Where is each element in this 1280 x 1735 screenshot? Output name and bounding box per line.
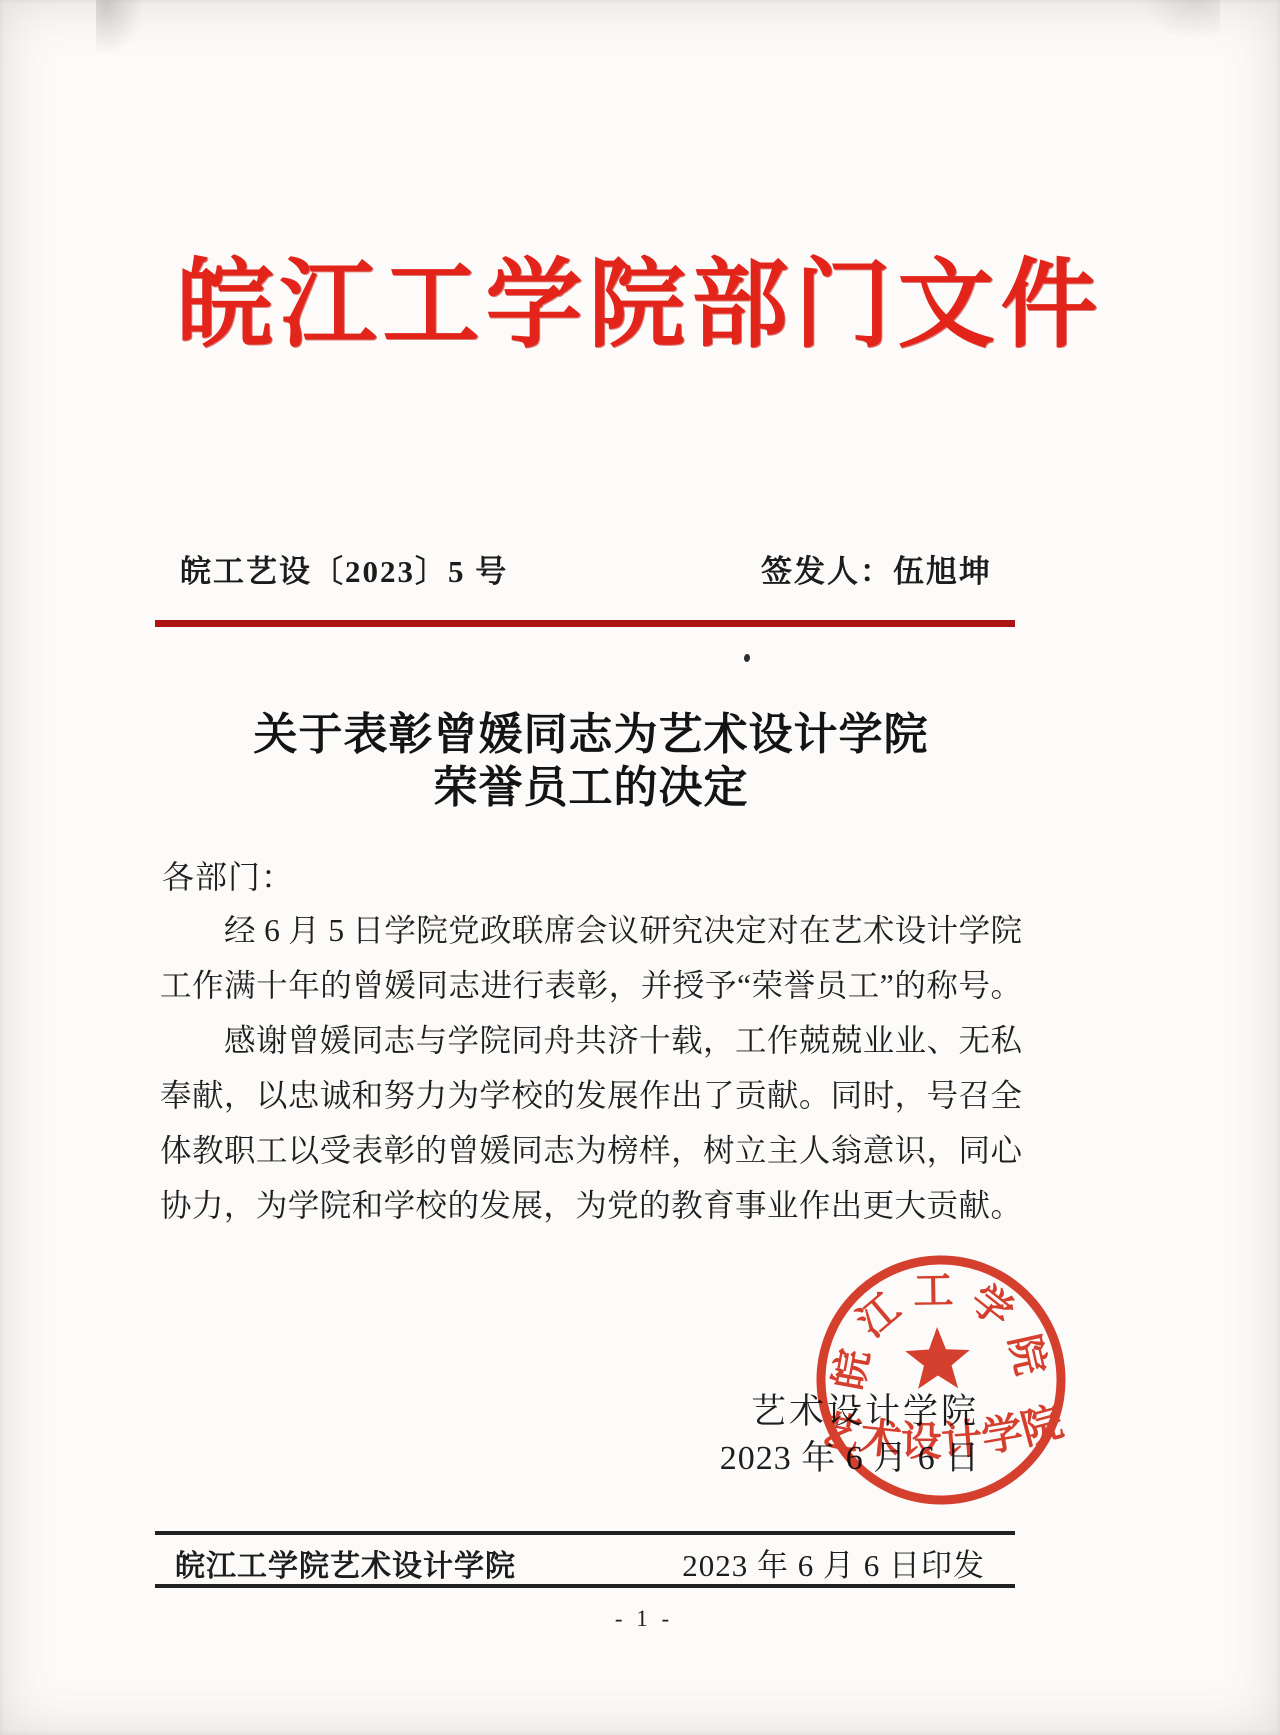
body-line: 奉献，以忠诚和努力为学校的发展作出了贡献。同时，号召全 — [160, 1068, 1022, 1123]
footer-rule-top — [155, 1531, 1015, 1535]
body-line: 体教职工以受表彰的曾媛同志为榜样，树立主人翁意识，同心 — [160, 1123, 1022, 1178]
footer-row: 皖江工学院艺术设计学院 2023 年 6 月 6 日印发 — [175, 1540, 985, 1585]
body-line: 感谢曾媛同志与学院同舟共济十载，工作兢兢业业、无私 — [160, 1013, 1022, 1068]
salutation: 各部门： — [162, 852, 294, 898]
document-title-line1: 关于表彰曾媛同志为艺术设计学院 — [160, 708, 1022, 761]
red-header-rule — [155, 620, 1015, 627]
ink-dot-artifact — [743, 654, 750, 663]
body-line: 工作满十年的曾媛同志进行表彰，并授予“荣誉员工”的称号。 — [160, 958, 1022, 1013]
official-red-seal: 皖江工学院 艺术设计学院 — [804, 1243, 1079, 1518]
document-header-title: 皖江工学院部门文件 — [120, 250, 1160, 362]
document-number: 皖工艺设〔2023〕5 号 — [180, 546, 508, 591]
document-page: 皖江工学院部门文件 皖工艺设〔2023〕5 号 签发人：伍旭坤 关于表彰曾媛同志… — [0, 0, 1280, 1735]
document-info-row: 皖工艺设〔2023〕5 号 签发人：伍旭坤 — [180, 546, 992, 591]
document-title-line2: 荣誉员工的决定 — [160, 761, 1022, 814]
body-line: 协力，为学院和学校的发展，为党的教育事业作出更大贡献。 — [160, 1178, 1022, 1233]
footer-issuing-department: 皖江工学院艺术设计学院 — [175, 1541, 516, 1585]
scan-smudge-top-right — [1140, 0, 1220, 40]
footer-print-date: 2023 年 6 月 6 日印发 — [682, 1540, 985, 1585]
scan-smudge-top-left — [96, 0, 146, 60]
body-text: 经 6 月 5 日学院党政联席会议研究决定对在艺术设计学院 工作满十年的曾媛同志… — [160, 903, 1022, 1233]
seal-star-icon — [905, 1326, 971, 1389]
body-line: 经 6 月 5 日学院党政联席会议研究决定对在艺术设计学院 — [160, 903, 1022, 958]
document-title: 关于表彰曾媛同志为艺术设计学院 荣誉员工的决定 — [160, 708, 1022, 814]
page-number: - 1 - — [544, 1606, 744, 1632]
issuer-name: 签发人：伍旭坤 — [761, 546, 992, 591]
footer-rule-bottom — [155, 1584, 1015, 1588]
